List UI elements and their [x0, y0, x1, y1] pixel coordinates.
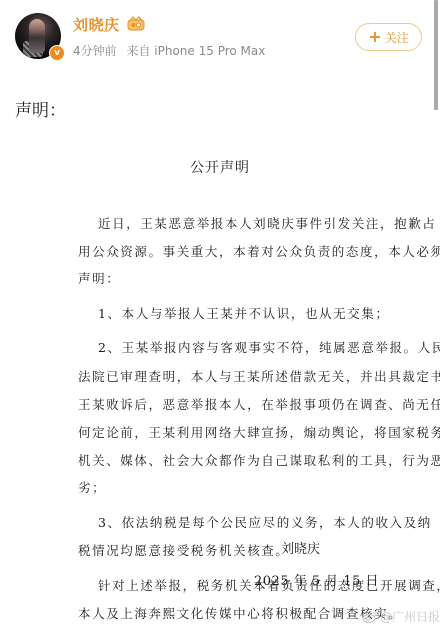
document-line: 声明： [78, 269, 120, 287]
weibo-logo-icon [362, 611, 378, 623]
document-line: 王某败诉后，恶意举报本人，在举报事项仍在调查、尚无任 [78, 395, 440, 413]
statement-document-image[interactable]: 公开声明 近日，王某恶意举报本人刘晓庆事件引发关注，抱歉占 用公众资源。事关重大… [0, 130, 440, 634]
document-line: 本人及上海奔熙文化传媒中心将积极配合调查核实。 [78, 604, 402, 622]
document-line: 税情况均愿意接受税务机关核查。 [78, 541, 290, 559]
document-line: 法院已审理查明，本人与王某所述借款无关，并出具裁定书。 [78, 367, 440, 385]
author-name[interactable]: 刘晓庆 [73, 14, 120, 35]
document-line: 1、本人与举报人王某并不认识，也从无交集； [98, 304, 390, 322]
post-text: 声明： [15, 96, 66, 121]
scrollbar[interactable] [434, 0, 438, 110]
document-line: 机关、媒体、社会大众都作为自己谋取私利的工具，行为恶 [78, 451, 440, 469]
document-line: 近日，王某恶意举报本人刘晓庆事件引发关注，抱歉占 [98, 214, 436, 232]
document-signature: 刘晓庆 [281, 538, 320, 557]
follow-button[interactable]: + 关注 [355, 23, 422, 51]
document-date: 2025 年 5 月 15 日 [254, 570, 379, 589]
document-line: 3、依法纳税是每个公民应尽的义务，本人的收入及纳 [98, 513, 432, 531]
watermark: @广州日报 [362, 608, 440, 625]
post-source: 来自 iPhone 15 Pro Max [126, 44, 265, 58]
avatar-figure-shape [29, 19, 45, 53]
document-line: 2、王某举报内容与客观事实不符，纯属恶意举报。人民 [98, 338, 440, 356]
watermark-text: @广州日报 [380, 608, 440, 625]
verified-badge-icon: v [49, 45, 65, 61]
document-line: 何定论前，王某利用网络大肆宣扬，煽动舆论，将国家税务 [78, 423, 440, 441]
document-line: 劣； [78, 478, 106, 496]
document-title: 公开声明 [0, 157, 440, 177]
crown-badge-icon[interactable] [126, 15, 146, 32]
plus-icon: + [368, 29, 381, 45]
follow-button-label: 关注 [385, 29, 409, 46]
post-header: v 刘晓庆 4分钟前 来自 iPhone 15 Pro Max + 关注 [0, 0, 440, 70]
post-time: 4分钟前 [73, 44, 117, 58]
document-line: 用公众资源。事关重大，本着对公众负责的态度，本人必须 [78, 242, 440, 260]
post-meta: 4分钟前 来自 iPhone 15 Pro Max [73, 42, 265, 59]
